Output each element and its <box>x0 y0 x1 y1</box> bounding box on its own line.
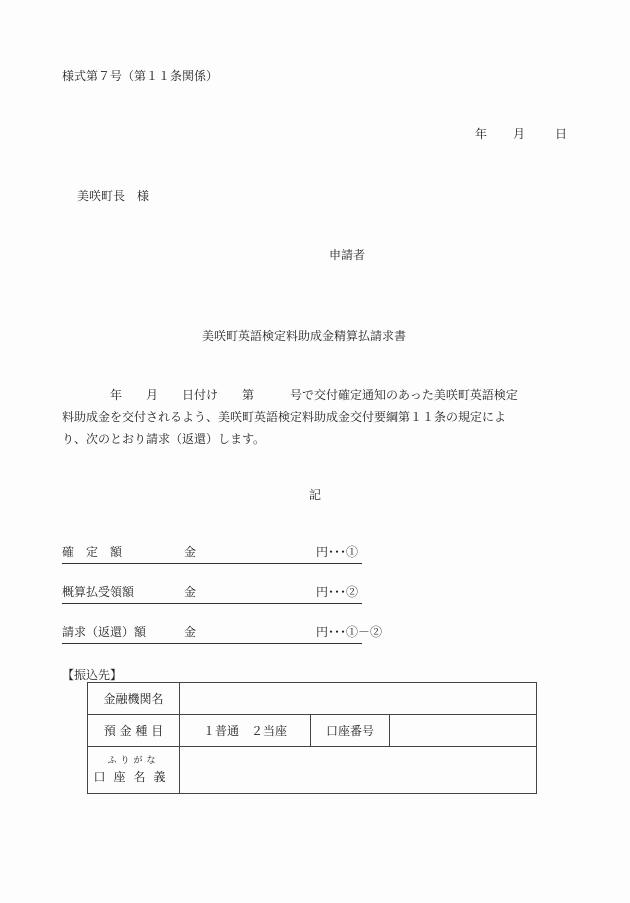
body-line-3: り、次のとおり請求（返還）します。 <box>62 428 582 450</box>
body-line-2: 料助成金を交付されるよう、美咲町英語検定料助成金交付要綱第１１条の規定によ <box>62 406 582 428</box>
account-number-label: 口座番号 <box>311 715 390 747</box>
amount-row-claim: 請求（返還）額 金 円･･･①－② <box>62 623 362 644</box>
amount-row-received: 概算払受領額 金 円･･･② <box>62 583 362 604</box>
kin-label: 金 <box>184 583 196 600</box>
furigana-label: ふりがな <box>88 754 179 768</box>
account-name-field[interactable] <box>180 747 537 794</box>
kin-label: 金 <box>184 623 196 640</box>
date-year: 年 <box>475 125 487 142</box>
institution-label: 金融機関名 <box>88 683 180 715</box>
body-text: 年 月 日付け 第 号で交付確定通知のあった美咲町英語検定 料助成金を交付される… <box>62 384 582 450</box>
deposit-type-label: 預 金 種 目 <box>88 715 180 747</box>
amount-suffix: 円･･･② <box>316 583 358 600</box>
ki-heading: 記 <box>309 486 321 503</box>
amount-label: 確 定 額 <box>62 543 122 560</box>
body-line-1: 年 月 日付け 第 号で交付確定通知のあった美咲町英語検定 <box>62 384 582 406</box>
institution-field[interactable] <box>180 683 537 715</box>
transfer-heading: 【振込先】 <box>62 666 122 683</box>
account-number-field[interactable] <box>390 715 537 747</box>
bank-table: 金融機関名 預 金 種 目 １普通 ２当座 口座番号 ふりがな 口座名義 <box>87 682 537 794</box>
date-day: 日 <box>555 125 567 142</box>
form-number: 様式第７号（第１１条関係） <box>62 67 218 84</box>
amount-suffix: 円･･･①－② <box>316 623 382 640</box>
deposit-type-options[interactable]: １普通 ２当座 <box>180 715 311 747</box>
date-month: 月 <box>513 125 525 142</box>
amount-label: 請求（返還）額 <box>62 623 146 640</box>
amount-suffix: 円･･･① <box>316 543 358 560</box>
account-name-label: 口座名義 <box>88 768 179 786</box>
applicant-label: 申請者 <box>329 246 365 263</box>
document-title: 美咲町英語検定料助成金精算払請求書 <box>202 327 406 344</box>
amount-row-confirmed: 確 定 額 金 円･･･① <box>62 543 362 564</box>
amount-label: 概算払受領額 <box>62 583 134 600</box>
account-name-label-cell: ふりがな 口座名義 <box>88 747 180 794</box>
addressee: 美咲町長 様 <box>77 187 149 204</box>
kin-label: 金 <box>184 543 196 560</box>
